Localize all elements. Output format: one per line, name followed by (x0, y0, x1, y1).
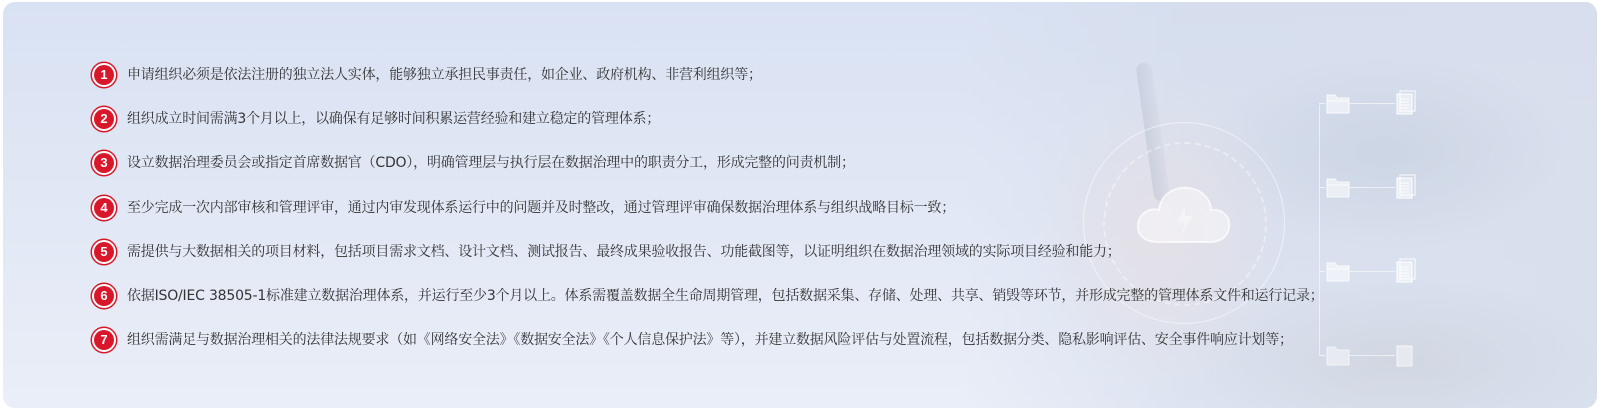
requirement-item: 4 至少完成一次内部审核和管理评审，通过内审发现体系运行中的问题并及时整改，通过… (91, 195, 1324, 239)
document-icon (1395, 342, 1417, 368)
number-badge: 5 (94, 242, 114, 262)
folder-icon (1325, 91, 1351, 115)
number-badge: 4 (94, 198, 114, 218)
document-icon (1395, 174, 1417, 200)
folder-icon (1325, 343, 1351, 367)
requirement-text: 至少完成一次内部审核和管理评审，通过内审发现体系运行中的问题并及时整改，通过管理… (127, 195, 955, 221)
requirement-text: 设立数据治理委员会或指定首席数据官（CDO），明确管理层与执行层在数据治理中的职… (127, 150, 855, 176)
requirement-text: 依据ISO/IEC 38505-1标准建立数据治理体系，并运行至少3个月以上。体… (127, 283, 1324, 309)
folder-doc-row (1319, 172, 1429, 202)
number-badge: 2 (94, 109, 114, 129)
requirement-text: 需提供与大数据相关的项目材料，包括项目需求文档、设计文档、测试报告、最终成果验收… (127, 239, 1121, 265)
folder-doc-row (1319, 256, 1429, 286)
requirement-item: 6 依据ISO/IEC 38505-1标准建立数据治理体系，并运行至少3个月以上… (91, 283, 1324, 327)
requirement-item: 3 设立数据治理委员会或指定首席数据官（CDO），明确管理层与执行层在数据治理中… (91, 150, 1324, 194)
number-badge: 1 (94, 65, 114, 85)
requirement-item: 2 组织成立时间需满3个月以上，以确保有足够时间积累运营经验和建立稳定的管理体系… (91, 106, 1324, 150)
requirement-item: 5 需提供与大数据相关的项目材料，包括项目需求文档、设计文档、测试报告、最终成果… (91, 239, 1324, 283)
number-badge: 3 (94, 153, 114, 173)
folder-doc-row (1319, 88, 1429, 118)
folder-icon (1325, 175, 1351, 199)
requirement-text: 组织需满足与数据治理相关的法律法规要求（如《网络安全法》《数据安全法》《个人信息… (127, 327, 1293, 353)
requirements-list: 1 申请组织必须是依法注册的独立法人实体，能够独立承担民事责任，如企业、政府机构… (91, 62, 1324, 371)
document-icon (1395, 258, 1417, 284)
document-icon (1395, 90, 1417, 116)
number-badge: 7 (94, 330, 114, 350)
requirement-text: 组织成立时间需满3个月以上，以确保有足够时间积累运营经验和建立稳定的管理体系； (127, 106, 660, 132)
number-badge: 6 (94, 286, 114, 306)
requirements-card: 1 申请组织必须是依法注册的独立法人实体，能够独立承担民事责任，如企业、政府机构… (3, 2, 1597, 408)
folder-doc-row (1319, 340, 1429, 370)
requirement-item: 7 组织需满足与数据治理相关的法律法规要求（如《网络安全法》《数据安全法》《个人… (91, 327, 1324, 371)
requirement-item: 1 申请组织必须是依法注册的独立法人实体，能够独立承担民事责任，如企业、政府机构… (91, 62, 1324, 106)
requirement-text: 申请组织必须是依法注册的独立法人实体，能够独立承担民事责任，如企业、政府机构、非… (127, 62, 762, 88)
folder-icon (1325, 259, 1351, 283)
